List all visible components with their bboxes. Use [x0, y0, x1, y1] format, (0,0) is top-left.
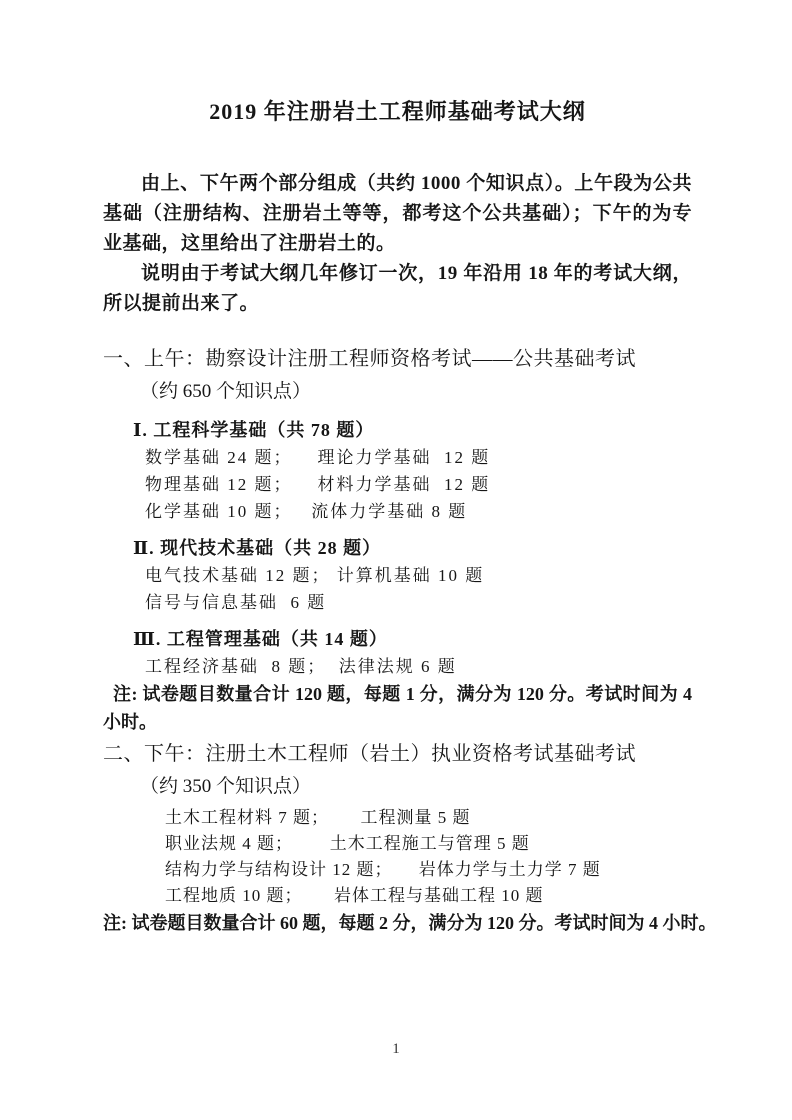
part-1-heading: Ⅰ. 工程科学基础（共 78 题）: [103, 417, 692, 444]
document-page: 2019 年注册岩土工程师基础考试大纲 由上、下午两个部分组成（共约 1000 …: [0, 0, 792, 1120]
section-afternoon: 二、下午：注册土木工程师（岩土）执业资格考试基础考试 （约 350 个知识点） …: [103, 739, 692, 937]
list-item: 结构力学与结构设计 12 题； 岩体力学与土力学 7 题: [103, 857, 692, 883]
list-item: 化学基础 10 题； 流体力学基础 8 题: [103, 498, 692, 525]
list-item: 工程经济基础 8 题； 法律法规 6 题: [103, 653, 692, 680]
section-morning: 一、上午：勘察设计注册工程师资格考试——公共基础考试 （约 650 个知识点） …: [103, 344, 692, 736]
list-item: 土木工程材料 7 题； 工程测量 5 题: [103, 805, 692, 831]
section-2-heading: 二、下午：注册土木工程师（岩土）执业资格考试基础考试: [103, 739, 692, 769]
part-modern-technology: Ⅱ. 现代技术基础（共 28 题） 电气技术基础 12 题； 计算机基础 10 …: [103, 535, 692, 616]
page-title: 2019 年注册岩土工程师基础考试大纲: [103, 0, 692, 128]
list-item: 电气技术基础 12 题； 计算机基础 10 题: [103, 562, 692, 589]
section-2-items: 土木工程材料 7 题； 工程测量 5 题 职业法规 4 题； 土木工程施工与管理…: [103, 805, 692, 909]
list-item: 数学基础 24 题； 理论力学基础 12 题: [103, 444, 692, 471]
intro-paragraph-2: 说明由于考试大纲几年修订一次，19 年沿用 18 年的考试大纲，所以提前出来了。: [103, 259, 692, 319]
section-1-subheading: （约 650 个知识点）: [103, 377, 692, 407]
page-number: 1: [0, 1041, 792, 1058]
part-engineering-management: Ⅲ. 工程管理基础（共 14 题） 工程经济基础 8 题； 法律法规 6 题: [103, 626, 692, 680]
list-item: 工程地质 10 题； 岩体工程与基础工程 10 题: [103, 883, 692, 909]
list-item: 信号与信息基础 6 题: [103, 589, 692, 616]
section-2-subheading: （约 350 个知识点）: [103, 772, 692, 802]
part-engineering-science: Ⅰ. 工程科学基础（共 78 题） 数学基础 24 题； 理论力学基础 12 题…: [103, 417, 692, 525]
section-1-note: 注: 试卷题目数量合计 120 题，每题 1 分，满分为 120 分。考试时间为…: [103, 680, 692, 736]
section-1-heading: 一、上午：勘察设计注册工程师资格考试——公共基础考试: [103, 344, 692, 374]
list-item: 物理基础 12 题； 材料力学基础 12 题: [103, 471, 692, 498]
list-item: 职业法规 4 题； 土木工程施工与管理 5 题: [103, 831, 692, 857]
intro-block: 由上、下午两个部分组成（共约 1000 个知识点）。上午段为公共基础（注册结构、…: [103, 169, 692, 319]
intro-paragraph-1: 由上、下午两个部分组成（共约 1000 个知识点）。上午段为公共基础（注册结构、…: [103, 169, 692, 259]
part-2-heading: Ⅱ. 现代技术基础（共 28 题）: [103, 535, 692, 562]
section-2-note: 注: 试卷题目数量合计 60 题，每题 2 分，满分为 120 分。考试时间为 …: [103, 909, 692, 937]
part-3-heading: Ⅲ. 工程管理基础（共 14 题）: [103, 626, 692, 653]
